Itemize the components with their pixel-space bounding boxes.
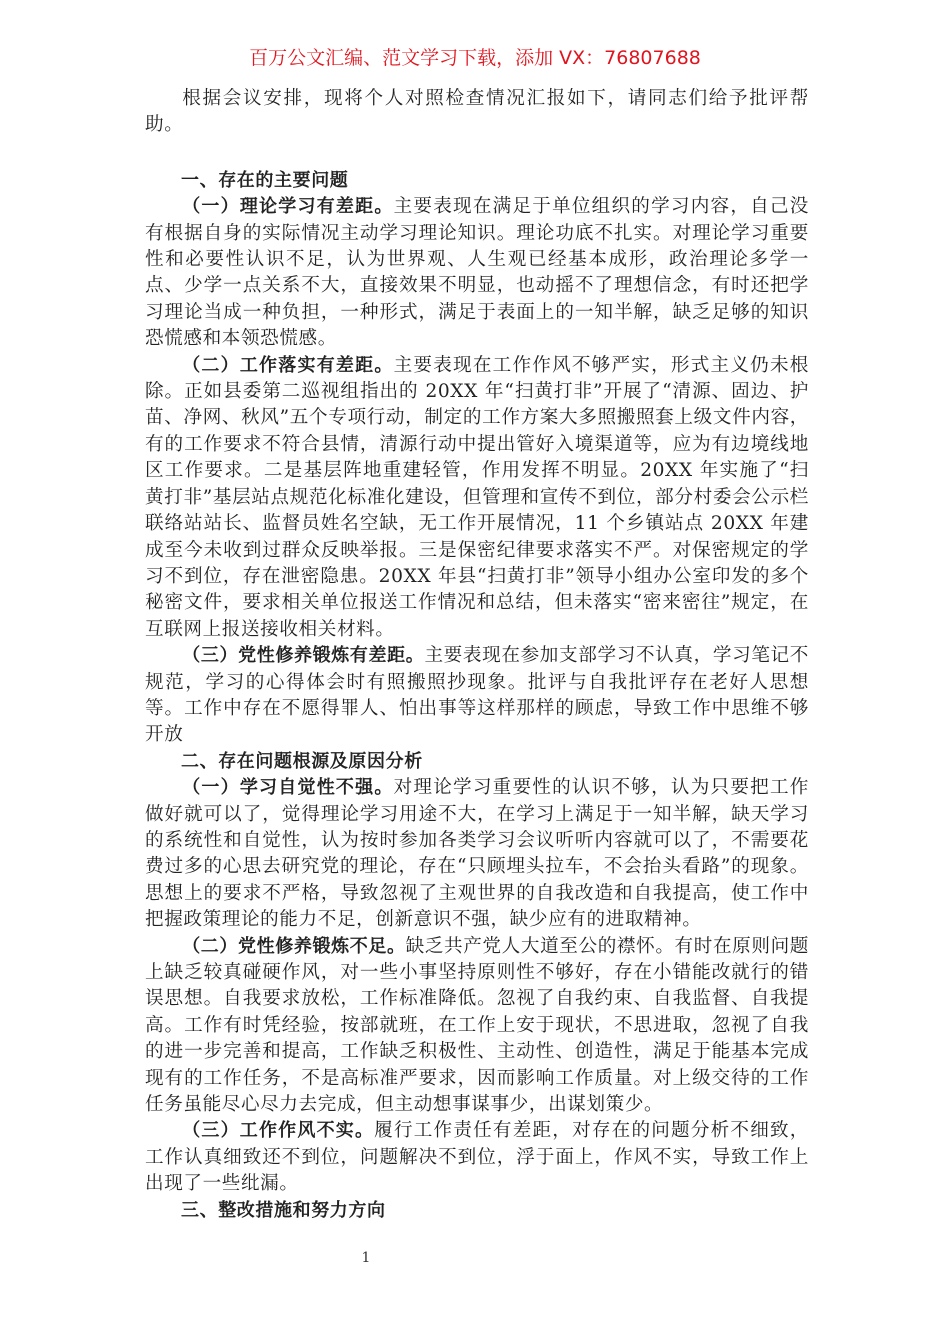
paragraph-lead: （一）理论学习有差距。 bbox=[182, 196, 393, 217]
paragraph-2-2: （二）党性修养锻炼不足。缺乏共产党人大道至公的襟怀。有时在原则问题上缺乏较真碰硬… bbox=[145, 934, 809, 1119]
paragraph-text: 对理论学习重要性的认识不够，认为只要把工作做好就可以了，觉得理论学习用途不大，在… bbox=[145, 777, 809, 930]
paragraph-text: 主要表现在工作作风不够严实，形式主义仍未根除。正如县委第二巡视组指出的 20XX… bbox=[145, 355, 809, 640]
section-heading-1: 一、存在的主要问题 bbox=[145, 168, 809, 194]
paragraph-1-3: （三）党性修养锻炼有差距。主要表现在参加支部学习不认真，学习笔记不规范，学习的心… bbox=[145, 643, 809, 749]
section-heading-2: 二、存在问题根源及原因分析 bbox=[145, 749, 809, 775]
paragraph-1-2: （二）工作落实有差距。主要表现在工作作风不够严实，形式主义仍未根除。正如县委第二… bbox=[145, 353, 809, 643]
paragraph-2-3: （三）工作作风不实。履行工作责任有差距，对存在的问题分析不细致，工作认真细致还不… bbox=[145, 1118, 809, 1197]
paragraph-text: 缺乏共产党人大道至公的襟怀。有时在原则问题上缺乏较真碰硬作风，对一些小事坚持原则… bbox=[145, 936, 809, 1115]
paragraph-lead: （二）工作落实有差距。 bbox=[182, 355, 393, 376]
document-page: 百万公文汇编、范文学习下载，添加 VX：76807688 根据会议安排，现将个人… bbox=[0, 0, 950, 1344]
paragraph-lead: （三）党性修养锻炼有差距。 bbox=[182, 645, 424, 666]
document-body: 根据会议安排，现将个人对照检查情况汇报如下，请同志们给予批评帮助。 一、存在的主… bbox=[145, 86, 809, 1224]
page-number: 1 bbox=[356, 1250, 376, 1266]
watermark-banner: 百万公文汇编、范文学习下载，添加 VX：76807688 bbox=[0, 44, 950, 72]
paragraph-lead: （二）党性修养锻炼不足。 bbox=[182, 936, 405, 957]
section-heading-3: 三、整改措施和努力方向 bbox=[145, 1198, 809, 1224]
paragraph-2-1: （一）学习自觉性不强。对理论学习重要性的认识不够，认为只要把工作做好就可以了，觉… bbox=[145, 775, 809, 933]
paragraph-1-1: （一）理论学习有差距。主要表现在满足于单位组织的学习内容，自己没有根据自身的实际… bbox=[145, 194, 809, 352]
intro-paragraph: 根据会议安排，现将个人对照检查情况汇报如下，请同志们给予批评帮助。 bbox=[145, 86, 809, 139]
paragraph-lead: （一）学习自觉性不强。 bbox=[182, 777, 393, 798]
spacer bbox=[145, 139, 809, 168]
paragraph-lead: （三）工作作风不实。 bbox=[182, 1120, 374, 1141]
paragraph-text: 主要表现在满足于单位组织的学习内容，自己没有根据自身的实际情况主动学习理论知识。… bbox=[145, 196, 809, 349]
